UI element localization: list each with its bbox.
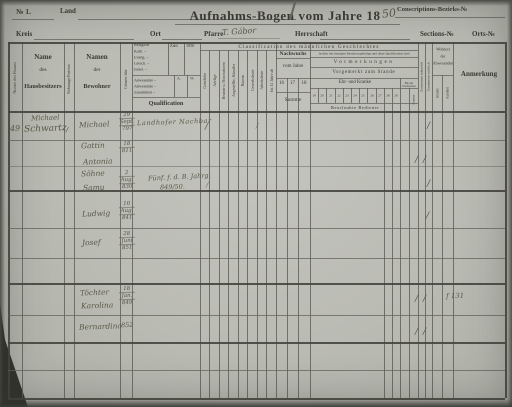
grid-line [343,88,344,103]
absent-column-header: Abwesenden [432,62,452,66]
vormerk-side-label: Bis zur Nachschau [400,82,418,88]
handwritten-inhabitant-name: Michael [79,119,110,129]
classification-column-header: Angestellte, Künstler [232,63,237,97]
divider [175,24,400,25]
owner-column-header: Hausbesitzers [24,83,61,90]
grid-line [442,75,443,398]
form-title: Aufnahms-Bogen vom Jahre 18 [189,8,380,24]
grid-line [359,88,360,103]
grid-line [276,78,418,79]
grid-line [8,370,505,371]
inhabitants-column-header: Namen [86,53,107,61]
handwritten-house-number: 49 [10,124,20,133]
religion-row: Israel. – [134,68,147,72]
inhabitants-column-header: der [93,67,100,73]
tally-mark: ∕ [206,181,208,189]
scan-corner-shadow [0,295,28,407]
classification-column-header: bis 14 Jahre alt [270,63,275,97]
grid-line [310,42,311,398]
grid-line [209,50,210,398]
divider [218,38,280,39]
handwritten-birth-date: 18Jan.849 [119,286,136,307]
owner-column-header: Name [34,53,52,61]
tally-mark: ∕ [66,126,68,134]
grid-line [351,88,352,103]
tally-mark: ∕ [423,294,426,304]
grid-line [8,111,505,113]
presence-col: W. [190,77,194,81]
divider [395,17,505,18]
grid-line [8,283,505,285]
vormerk-cell: 28 [386,94,389,98]
divider [12,19,54,20]
classification-column-header: Gewerbsleute [251,63,256,97]
handwritten-note: Fünf. f. d. B. Jahrg. [148,171,211,182]
tally-mark: ∕ [256,122,258,130]
grid-line [432,42,433,398]
sum-male-column-header: Zusammen männlich [419,59,423,95]
vormerk-cell: 29 [394,94,397,98]
vormerk-cell: 20 [320,94,323,98]
birth-year-column-header: Geburts-Jahr [124,65,129,94]
classification-title: Classification des männlichen Geschlecht… [238,44,379,50]
conscription-district-label: Conscriptions-Bezirks-№ [397,6,467,13]
classification-column-header: Bauern [241,63,246,97]
divider [320,39,410,40]
sheet-number: № 1. [16,7,31,16]
absent-subcolumn-header: Ausland [446,84,451,102]
divider [34,39,134,40]
grid-line [505,42,507,398]
land-label: Land [60,7,76,15]
absent-subcolumn-header: Inland [436,84,441,102]
tally-mark: ∕ [426,211,429,221]
grid-line [257,50,258,398]
scanned-census-form: № 1. Land Aufnahms-Bogen vom Jahre 18 50… [0,0,512,407]
religion-row: Evang. – [134,56,149,60]
scan-edge-right [507,0,512,407]
tally-mark: ∕ [427,179,430,189]
inhabitants-column-header: Bewohner [83,83,110,90]
handwritten-inhabitant-name: Josef [82,238,101,248]
grid-line [8,342,505,344]
grid-line [276,58,310,59]
vormerk-cell: 21 [329,94,332,98]
grid-line [8,228,505,229]
nachwuchs-year: 18 [302,81,307,86]
religion-row: Griech. – [134,62,149,66]
grid-line [453,42,454,398]
owner-column-header: des [39,67,46,73]
vormerk-cell: 23 [345,94,348,98]
handwritten-birth-date: 28Juni851 [119,231,136,252]
grid-line [298,78,299,398]
grid-line [318,88,319,103]
grid-line [310,67,418,68]
grid-line [400,78,401,398]
vormerk-subtitle: Vorgemerkt zum Stande [333,70,396,75]
grid-line [247,50,248,398]
handwritten-birth-date: 29Sept.797 [119,112,136,133]
grid-line [168,42,169,75]
handwritten-note: 849/50. [160,183,185,192]
grid-line [8,398,505,400]
handwritten-inhabitant-name: Bernardina [79,321,122,331]
handwritten-year: 50 [381,6,396,20]
handwritten-owner-first-name: Michael [31,114,60,123]
handwritten-owner-last-name: Schwartz [24,123,67,134]
grid-line [384,88,385,398]
remark-column-header: Anmerkung [461,70,497,78]
vormerk-side-sum: Summe [412,94,416,106]
handwritten-birth-year: 852 [121,321,134,329]
grid-line [200,50,418,51]
religion-row: Kath. – [134,50,146,54]
tally-mark: ∕ [205,122,208,132]
nachwuchs-year: 16 [279,81,284,86]
grid-line [174,75,175,97]
grid-line [22,42,23,398]
nachwuchs-sum: Summe [285,97,302,103]
vormerk-row-label: Ehr- und Kranke [339,80,371,85]
handwritten-inhabitant-name: Samu [83,183,105,193]
tally-mark: ∕ [423,155,426,165]
tally-mark: ∕ [423,327,426,337]
grid-line [418,42,419,398]
nachwuchs-title: Nachwuchs [280,51,307,57]
grid-line [132,97,200,98]
vormerk-cell: 27 [378,94,381,98]
classification-column-header: Adelige [213,63,218,97]
grid-line [184,42,185,75]
vormerk-note-line: In über der heutigen Revision gehörige u… [319,52,410,55]
grid-line [187,75,188,97]
religion-title: Religion [134,43,149,47]
handwritten-birth-date: 2Aug.830 [119,170,136,191]
presence-row: Abwesende – [134,85,156,89]
grid-line [219,50,220,398]
grid-line [8,42,10,398]
presence-col: A. [177,77,181,81]
grid-line [409,88,410,398]
pfarre-label: Pfarre [204,30,223,38]
vormerk-cell: 22 [337,94,340,98]
grid-line [8,258,505,259]
ort-label: Ort [150,30,161,38]
grid-line [64,42,65,398]
tally-mark: ∕ [415,327,418,337]
religion-col-zahl: Zahl [170,44,178,48]
presence-row: Anwesende – [134,79,156,83]
presence-row: Zusammen – [134,91,155,95]
classification-column-header: Arbeitsleute [260,63,265,97]
absent-column-header: der [440,55,445,59]
orts-number-label: Orts-№ [472,30,495,38]
handwritten-inhabitant-name: Antonia [83,156,113,166]
nachwuchs-subtitle: vom Jahre [283,64,304,69]
sections-number-label: Sections-№ [420,30,454,38]
grid-line [238,50,239,398]
nachwuchs-year: 17 [290,81,295,86]
vormerk-cell: 26 [370,94,373,98]
absent-column-header: Wohnort [436,48,450,52]
grid-line [367,88,368,103]
house-number-column-header: Numer des Hauses [12,62,18,93]
handwritten-remark: f 131 [446,292,464,301]
grid-line [432,75,453,76]
grid-line [132,75,200,76]
grid-line [266,50,267,398]
handwritten-birth-date: 18811 [119,141,135,155]
vormerk-footer: Beurlaubte Bediente [331,105,379,110]
grid-line [276,92,310,93]
handwritten-birth-date: 10Aug.841 [119,201,136,222]
scan-edge-left [0,0,5,407]
divider [162,39,202,40]
grid-line [326,88,327,103]
religion-col-year: 1850 [186,44,194,48]
handwritten-relation: Töchter [80,287,109,297]
vormerk-cell: 25 [361,94,364,98]
kreis-label: Kreis [16,30,32,38]
vormerk-cell: 24 [353,94,356,98]
tally-mark: ∕ [415,294,418,304]
classification-column-header: Beamte u. Honoratioren [222,63,227,97]
grid-line [74,42,75,398]
handwritten-relation: Söhne [81,169,105,179]
classification-column-header: Geistliche [203,63,208,97]
grid-line [376,88,377,103]
grid-line [310,57,418,58]
vormerk-band: Vormerkungen [334,59,395,65]
grid-line [310,88,418,89]
herrschaft-label: Herrschaft [295,30,328,38]
grid-line [287,78,288,398]
grid-line [392,88,393,398]
qualification-label: Qualification [149,100,184,107]
tally-mark: ∕ [427,121,430,131]
tally-mark: ∕ [415,155,418,165]
grid-line [228,50,229,398]
handwritten-relation: Gattin [81,141,105,151]
handwritten-inhabitant-name: Ludwig [82,209,111,219]
grid-line [8,315,505,316]
handwritten-pfarre: T. Gábor [222,26,257,37]
grid-line [276,42,277,398]
parties-column-header: Wohnungs-Parteien [67,65,72,94]
grid-line [200,42,201,398]
vormerk-cell: 19 [312,94,315,98]
sum-female-column-header: Zusammen weiblich [426,59,430,95]
scan-edge-bottom [0,399,512,407]
grid-line [335,88,336,103]
handwritten-inhabitant-name: Karolina [81,300,114,310]
